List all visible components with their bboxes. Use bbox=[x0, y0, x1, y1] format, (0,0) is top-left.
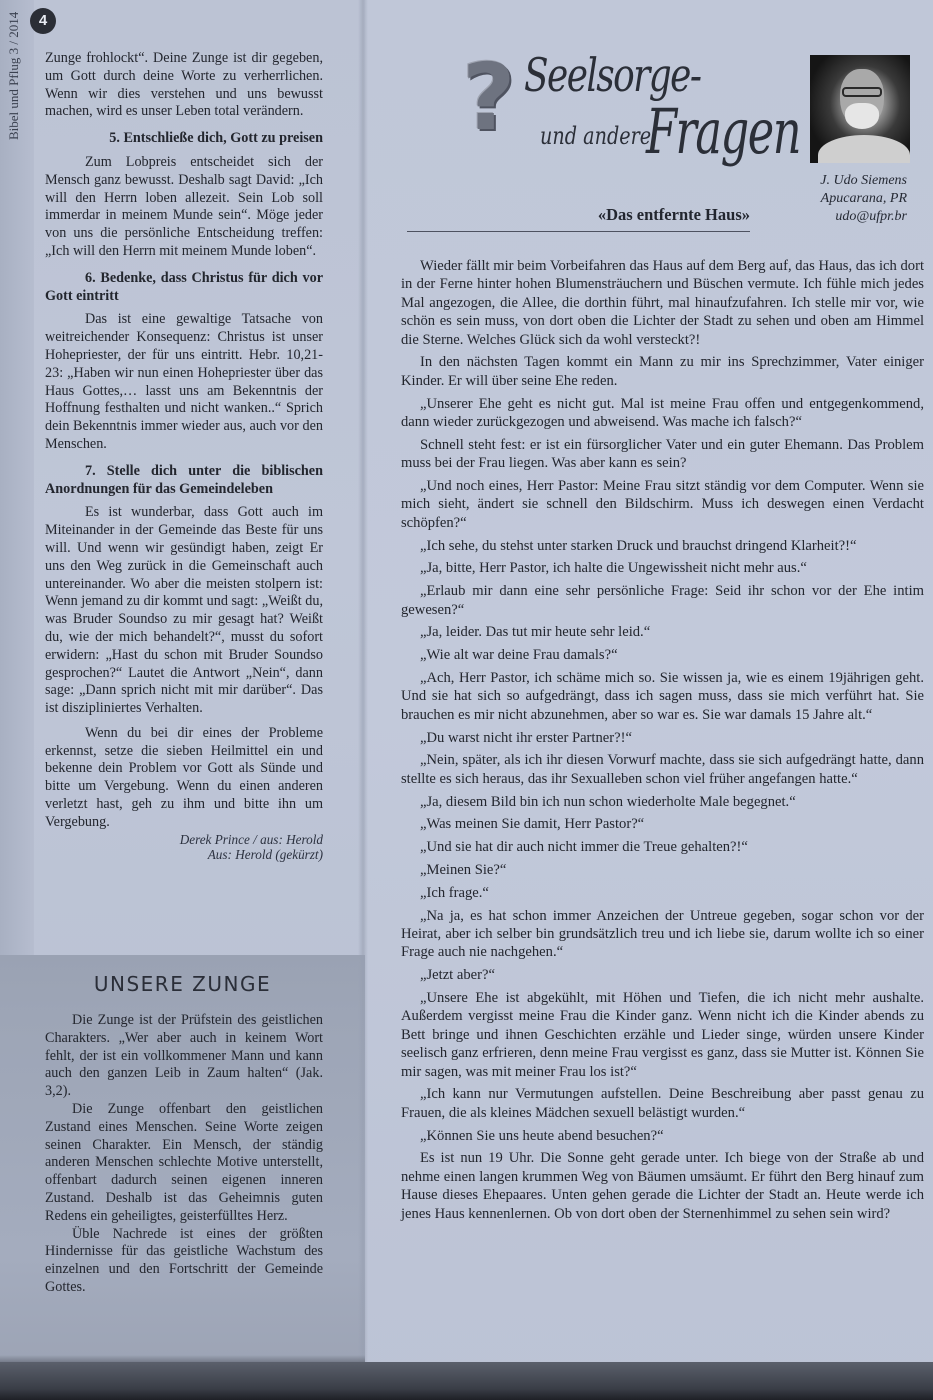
article-paragraph: „Ja, bitte, Herr Pastor, ich halte die U… bbox=[401, 559, 924, 577]
running-head: Bibel und Pflug 3 / 2014 bbox=[6, 12, 22, 140]
section-heading-7: 7. Stelle dich unter die biblischen Anor… bbox=[45, 463, 323, 499]
article-paragraph: „Ich frage.“ bbox=[401, 884, 924, 902]
author-location: Apucarana, PR bbox=[800, 190, 907, 208]
article-paragraph: „Meinen Sie?“ bbox=[401, 861, 924, 879]
article-paragraph: Wieder fällt mir beim Vorbeifahren das H… bbox=[401, 257, 924, 349]
article-title: «Das entfernte Haus» bbox=[560, 205, 750, 225]
spacer bbox=[45, 718, 323, 725]
column-title-fragen: Fragen bbox=[646, 95, 800, 168]
article-paragraph: „Erlaub mir dann eine sehr persönliche F… bbox=[401, 582, 924, 619]
article-paragraph: In den nächsten Tagen kommt ein Mann zu … bbox=[401, 353, 924, 390]
article-paragraph: „Und sie hat dir auch nicht immer die Tr… bbox=[401, 838, 924, 856]
article-body: Wieder fällt mir beim Vorbeifahren das H… bbox=[401, 257, 924, 1227]
author-email: udo@ufpr.br bbox=[800, 208, 907, 226]
article-paragraph: „Na ja, es hat schon immer Anzeichen der… bbox=[401, 907, 924, 962]
author-info: J. Udo Siemens Apucarana, PR udo@ufpr.br bbox=[800, 172, 907, 226]
left-column: Zunge frohlockt“. Deine Zunge ist dir ge… bbox=[45, 50, 323, 862]
section-heading-6: 6. Bedenke, dass Christus für dich vor G… bbox=[45, 270, 323, 306]
photo-beard bbox=[845, 103, 879, 129]
closing-paragraph: Wenn du bei dir eines der Probleme erken… bbox=[45, 725, 323, 832]
article-paragraph: „Können Sie uns heute abend besuchen?“ bbox=[401, 1127, 924, 1145]
side-strip: Bibel und Pflug 3 / 2014 bbox=[0, 0, 34, 955]
article-paragraph: Schnell steht fest: er ist ein fürsorgli… bbox=[401, 436, 924, 473]
page-bottom-edge bbox=[0, 1362, 933, 1400]
column-title-seelsorge: Seelsorge- bbox=[524, 48, 700, 102]
intro-paragraph: Zunge frohlockt“. Deine Zunge ist dir ge… bbox=[45, 50, 323, 121]
photo-shoulders bbox=[818, 135, 910, 163]
column-title-und-andere: und andere bbox=[540, 122, 651, 150]
section-heading-5: 5. Entschließe dich, Gott zu preisen bbox=[45, 130, 323, 148]
section-body-5: Zum Lobpreis entscheidet sich der Mensch… bbox=[45, 154, 323, 261]
credit-line-2: Aus: Herold (gekürzt) bbox=[45, 847, 323, 862]
article-paragraph: „Ich sehe, du stehst unter starken Druck… bbox=[401, 537, 924, 555]
unsere-zunge-body: Die Zunge ist der Prüfstein des geistlic… bbox=[45, 1012, 323, 1297]
section-body-7: Es ist wunderbar, dass Gott auch im Mite… bbox=[45, 504, 323, 718]
article-paragraph: „Was meinen Sie damit, Herr Pastor?“ bbox=[401, 815, 924, 833]
zunge-paragraph: Die Zunge ist der Prüfstein des geistlic… bbox=[45, 1012, 323, 1101]
article-paragraph: „Und noch eines, Herr Pastor: Meine Frau… bbox=[401, 477, 924, 532]
article-paragraph: „Ja, leider. Das tut mir heute sehr leid… bbox=[401, 623, 924, 641]
article-paragraph: „Unsere Ehe ist abgekühlt, mit Höhen und… bbox=[401, 989, 924, 1081]
author-name: J. Udo Siemens bbox=[800, 172, 907, 190]
page-number-badge: 4 bbox=[30, 8, 56, 34]
article-paragraph: „Ich kann nur Vermutungen aufstellen. De… bbox=[401, 1085, 924, 1122]
article-paragraph: „Unserer Ehe geht es nicht gut. Mal ist … bbox=[401, 395, 924, 432]
article-paragraph: „Jetzt aber?“ bbox=[401, 966, 924, 984]
photo-glasses bbox=[842, 87, 882, 97]
article-paragraph: „Wie alt war deine Frau damals?“ bbox=[401, 646, 924, 664]
article-paragraph: „Nein, später, als ich ihr diesen Vorwur… bbox=[401, 751, 924, 788]
section-body-6: Das ist eine gewaltige Tatsache von weit… bbox=[45, 311, 323, 453]
zunge-paragraph: Die Zunge offenbart den geistlichen Zust… bbox=[45, 1101, 323, 1226]
question-mark-icon: ? bbox=[462, 52, 515, 144]
article-paragraph: „Ja, diesem Bild bin ich nun schon wiede… bbox=[401, 793, 924, 811]
header-divider bbox=[407, 231, 750, 232]
article-paragraph: Es ist nun 19 Uhr. Die Sonne geht gerade… bbox=[401, 1149, 924, 1223]
zunge-paragraph: Üble Nachrede ist eines der größten Hind… bbox=[45, 1226, 323, 1297]
author-photo bbox=[810, 55, 910, 163]
credit-line-1: Derek Prince / aus: Herold bbox=[45, 832, 323, 847]
page-gutter bbox=[358, 0, 368, 1400]
unsere-zunge-title: UNSERE ZUNGE bbox=[0, 972, 365, 996]
article-paragraph: „Ach, Herr Pastor, ich schäme mich so. S… bbox=[401, 669, 924, 724]
article-paragraph: „Du warst nicht ihr erster Partner?!“ bbox=[401, 729, 924, 747]
